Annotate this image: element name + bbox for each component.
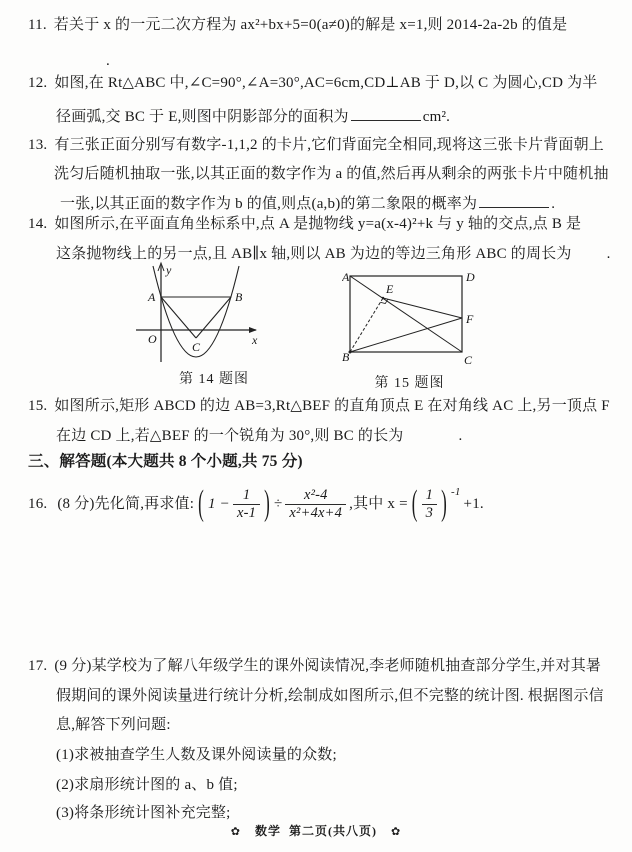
fraction-1-numerator: 1 [233, 487, 260, 504]
label-E: E [385, 282, 394, 296]
close-paren: ) [263, 483, 271, 526]
label-B: B [235, 290, 243, 304]
label-x: x [251, 333, 258, 347]
divide-sign: ÷ [274, 495, 282, 513]
question-13-line-1: 13.有三张正面分别写有数字-1,1,2 的卡片,它们背面完全相同,现将这三张卡… [28, 136, 604, 154]
question-17-subquestion-1: (1)求被抽查学生人数及课外阅读量的众数; [56, 746, 337, 764]
question-13-text-cont: 洗匀后随机抽取一张,以其正面的数字作为 a 的值,然后再从剩余的两张卡片中随机抽 [54, 166, 609, 182]
question-14-period: . [607, 246, 611, 262]
label-D: D [465, 270, 475, 284]
question-16-prefix: (8 分)先化简,再求值: [57, 495, 194, 513]
footer-page-number: 第二页(共八页) [289, 824, 377, 838]
question-15-number: 15. [28, 397, 47, 415]
segment-BF [350, 318, 462, 352]
open-paren: ( [197, 483, 205, 526]
question-12-line-2: 径画弧,交 BC 于 E,则图中阴影部分的面积为cm². [56, 106, 450, 126]
fraction-1-denominator: x-1 [233, 504, 260, 522]
question-16-suffix: +1. [464, 495, 484, 513]
label-origin: O [148, 332, 157, 346]
question-12-number: 12. [28, 74, 47, 92]
question-17-text: (9 分)某学校为了解八年级学生的课外阅读情况,李老师随机抽查部分学生,并对其暑 [54, 658, 601, 674]
label-C: C [464, 353, 473, 367]
segment-AC [161, 297, 196, 338]
fraction-2-numerator: x²-4 [285, 487, 346, 504]
question-12-text-cont: 径画弧,交 BC 于 E,则图中阴影部分的面积为 [56, 109, 349, 125]
question-15-line-2: 在边 CD 上,若△BEF 的一个锐角为 30°,则 BC 的长为. [56, 427, 462, 445]
footer-flower-icon: ✿ [231, 826, 241, 838]
label-B: B [342, 350, 350, 364]
fraction-3-numerator: 1 [422, 487, 437, 504]
question-13-text: 有三张正面分别写有数字-1,1,2 的卡片,它们背面完全相同,现将这三张卡片背面… [54, 137, 604, 153]
answer-blank [479, 193, 549, 208]
question-11-number: 11. [28, 16, 47, 34]
label-y: y [165, 263, 172, 277]
question-11-line-2: . [106, 52, 110, 70]
question-14-text: 如图所示,在平面直角坐标系中,点 A 是抛物线 y=a(x-4)²+k 与 y … [54, 216, 581, 232]
footer-flower-icon: ✿ [391, 826, 401, 838]
label-C: C [192, 340, 201, 354]
question-16: 16. (8 分)先化简,再求值: ( 1 − 1 x-1 ) ÷ x²-4 x… [28, 476, 484, 532]
question-15-period: . [459, 428, 463, 444]
fraction-2-denominator: x²+4x+4 [285, 504, 346, 522]
question-17-line-1: 17.(9 分)某学校为了解八年级学生的课外阅读情况,李老师随机抽查部分学生,并… [28, 657, 601, 675]
question-13-period: . [551, 196, 555, 212]
fraction-3: 1 3 [422, 487, 437, 521]
question-13-line-3: 一张,以其正面的数字作为 b 的值,则点(a,b)的第二象限的概率为. [60, 193, 555, 213]
exponent: -1 [451, 486, 461, 499]
question-17-number: 17. [28, 657, 47, 675]
question-17-text-cont: 假期间的课外阅读量进行统计分析,绘制成如图所示,但不完整的统计图. 根据图示信 [56, 688, 604, 704]
figure-14-caption: 第 14 题图 [179, 368, 249, 388]
footer-subject: 数学 [255, 824, 281, 838]
label-A: A [342, 270, 350, 284]
question-15-text-cont: 在边 CD 上,若△BEF 的一个锐角为 30°,则 BC 的长为 [56, 428, 404, 444]
question-13-number: 13. [28, 136, 47, 154]
figure-question-15: A D B C E F 第 15 题图 [342, 268, 477, 392]
open-paren-2: ( [411, 483, 419, 526]
fraction-2: x²-4 x²+4x+4 [285, 487, 346, 521]
question-17-subquestion-3: (3)将条形统计图补充完整; [56, 804, 230, 822]
question-16-number: 16. [28, 495, 47, 513]
question-13-line-2: 洗匀后随机抽取一张,以其正面的数字作为 a 的值,然后再从剩余的两张卡片中随机抽 [54, 165, 609, 183]
question-13-text-end: 一张,以其正面的数字作为 b 的值,则点(a,b)的第二象限的概率为 [60, 196, 477, 212]
question-11-text: 若关于 x 的一元二次方程为 ax²+bx+5=0(a≠0)的解是 x=1,则 … [54, 17, 568, 33]
fraction-3-denominator: 3 [422, 504, 437, 522]
section-3-heading: 三、解答题(本大题共 8 个小题,共 75 分) [28, 453, 303, 472]
segment-EF [383, 298, 462, 318]
close-paren-2: ) [440, 483, 448, 526]
question-17-line-2: 假期间的课外阅读量进行统计分析,绘制成如图所示,但不完整的统计图. 根据图示信 [56, 687, 604, 705]
page-footer: ✿数学 第二页(共八页)✿ [0, 822, 632, 839]
rectangle-diagram: A D B C E F [342, 268, 477, 368]
question-14-line-1: 14.如图所示,在平面直角坐标系中,点 A 是抛物线 y=a(x-4)²+k 与… [28, 215, 581, 233]
point-E-dot [382, 297, 384, 299]
question-16-mid: ,其中 x = [349, 495, 408, 513]
question-17-subquestion-2: (2)求扇形统计图的 a、b 值; [56, 776, 238, 794]
question-15-line-1: 15.如图所示,矩形 ABCD 的边 AB=3,Rt△BEF 的直角顶点 E 在… [28, 397, 610, 415]
exam-paper-page: 11.若关于 x 的一元二次方程为 ax²+bx+5=0(a≠0)的解是 x=1… [0, 0, 632, 852]
question-12-unit: cm². [423, 109, 450, 125]
figure-15-caption: 第 15 题图 [375, 372, 445, 392]
question-17-text-end: 息,解答下列问题: [56, 717, 171, 733]
figure-question-14: y x O A B C 第 14 题图 [128, 260, 300, 388]
answer-blank [351, 106, 421, 121]
label-F: F [465, 312, 474, 326]
fraction-1: 1 x-1 [233, 487, 260, 521]
question-12-text: 如图,在 Rt△ABC 中,∠C=90°,∠A=30°,AC=6cm,CD⊥AB… [54, 75, 597, 91]
question-14-number: 14. [28, 215, 47, 233]
question-15-text: 如图所示,矩形 ABCD 的边 AB=3,Rt△BEF 的直角顶点 E 在对角线… [54, 398, 609, 414]
label-A: A [147, 290, 156, 304]
segment-BC [196, 297, 231, 338]
one-minus-term: 1 − [208, 495, 230, 513]
question-12-line-1: 12.如图,在 Rt△ABC 中,∠C=90°,∠A=30°,AC=6cm,CD… [28, 74, 597, 92]
question-11-answer-period: . [106, 53, 110, 69]
question-17-line-3: 息,解答下列问题: [56, 716, 171, 734]
parabola-diagram: y x O A B C [128, 260, 300, 364]
question-11-line-1: 11.若关于 x 的一元二次方程为 ax²+bx+5=0(a≠0)的解是 x=1… [28, 16, 567, 34]
